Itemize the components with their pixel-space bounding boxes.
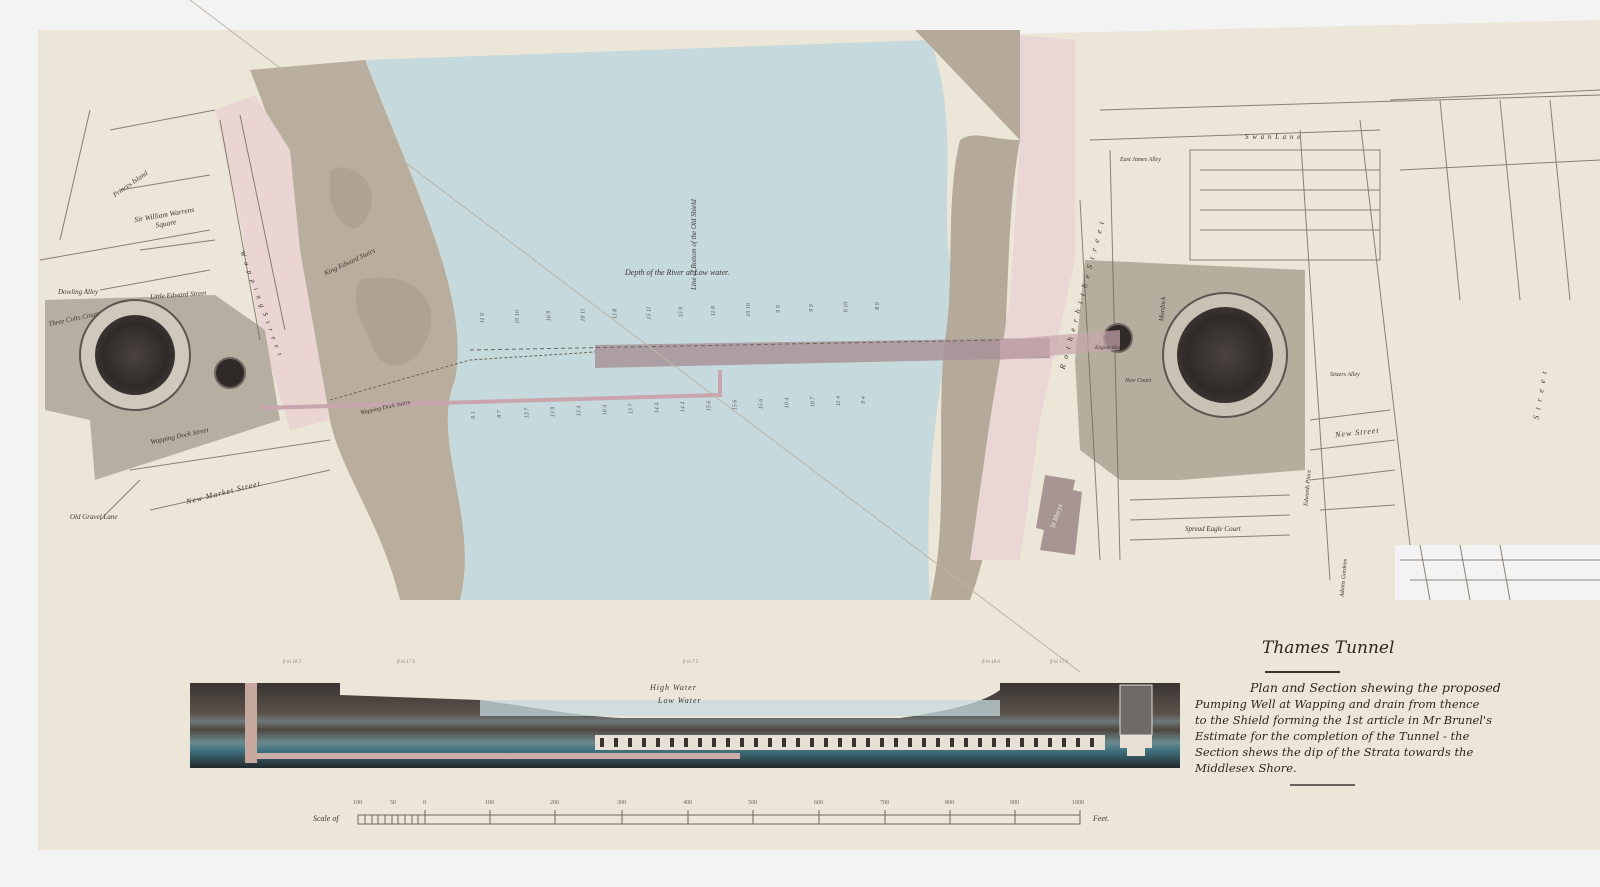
level-mark-3: ft in 7 5	[683, 660, 698, 665]
level-mark-5: ft in 17 6	[1050, 660, 1068, 665]
sounding-upper: 11 9	[480, 313, 486, 323]
label-old-gravel-lane: Old Gravel Lane	[70, 513, 117, 521]
small-shaft-wapping	[215, 358, 245, 388]
scale-tick: 0	[423, 800, 426, 806]
level-mark-4: ft in 18 6	[982, 660, 1000, 665]
sounding-lower: 13 7	[628, 404, 634, 415]
sounding-upper: 10 10	[746, 303, 752, 317]
sounding-upper: 13 8	[612, 309, 618, 320]
sounding-lower: 13 9	[550, 407, 556, 418]
desc-line-6: Middlesex Shore.	[1195, 760, 1555, 776]
sounding-lower: 15 6	[758, 399, 764, 410]
sounding-upper: 18 11	[581, 308, 587, 321]
sounding-upper: 11 8	[711, 306, 717, 316]
drain-section	[250, 753, 740, 759]
level-mark-2: ft in 17 6	[397, 660, 415, 665]
scale-tick: 600	[814, 800, 823, 806]
river-depth-label: Depth of the River at Low water.	[625, 268, 729, 277]
desc-line-3: to the Shield forming the 1st article in…	[1195, 712, 1555, 728]
shaft-section-right	[1120, 685, 1152, 735]
sounding-upper: 8 10	[843, 302, 849, 313]
sounding-lower: 15 6	[706, 401, 712, 412]
sounding-lower: 14 4	[680, 402, 686, 413]
old-shield-label: Line of Bottom of the Old Shield	[690, 199, 698, 290]
label-low-water: Low Water	[658, 696, 702, 705]
desc-line-5: Section shews the dip of the Strata towa…	[1195, 744, 1555, 760]
sounding-lower: 10 4	[784, 398, 790, 409]
scale-tick: 100	[485, 800, 494, 806]
title-heading: Thames Tunnel	[1262, 638, 1394, 658]
scale-label: Scale of	[313, 814, 339, 823]
sounding-lower: 16 4	[602, 405, 608, 416]
level-mark-1: ft in 18 3	[283, 660, 301, 665]
sounding-lower: 15 6	[732, 400, 738, 411]
well-shaft-section	[245, 683, 257, 763]
river-water-section	[480, 700, 1000, 716]
title-description: Plan and Section shewing the proposed Pu…	[1195, 680, 1555, 776]
sounding-upper: 10 10	[515, 310, 521, 324]
scale-tick: 50	[390, 800, 396, 806]
scale-tick: 900	[1010, 800, 1019, 806]
desc-line-4: Estimate for the completion of the Tunne…	[1195, 728, 1555, 744]
label-swan-lane: S w a n L a n e	[1245, 133, 1301, 141]
scale-tick: 1000	[1072, 800, 1084, 806]
sounding-lower: 14 4	[654, 403, 660, 414]
sounding-upper: 8 9	[875, 302, 881, 310]
sounding-lower: 13 7	[524, 408, 530, 419]
label-spread-eagle-court: Spread Eagle Court	[1185, 525, 1241, 533]
label-new-court: New Court	[1125, 378, 1151, 384]
sounding-lower: 9 4	[861, 396, 867, 404]
scale-tick: 800	[945, 800, 954, 806]
label-engine-house: Engine House	[1095, 345, 1126, 351]
sounding-lower: 11 4	[836, 396, 842, 406]
scale-tick: 100	[353, 800, 362, 806]
sounding-upper: 15 9	[678, 307, 684, 318]
sounding-lower: 10 7	[810, 397, 816, 408]
scale-tick: 700	[880, 800, 889, 806]
label-sisters-alley: Sisters Alley	[1330, 372, 1360, 378]
label-east-james-alley: East James Alley	[1120, 157, 1161, 163]
scale-tick: 200	[550, 800, 559, 806]
sounding-lower: 9 1	[471, 411, 477, 419]
scale-tick: 500	[748, 800, 757, 806]
sounding-lower: 13 4	[576, 406, 582, 417]
sounding-upper: 16 9	[546, 311, 552, 322]
sounding-upper: 9 9	[809, 304, 815, 312]
desc-line-1: Plan and Section shewing the proposed	[1195, 680, 1555, 696]
sounding-lower: 8 7	[497, 410, 503, 418]
label-dowling-alley: Dowling Alley	[58, 288, 98, 296]
sounding-upper: 9 9	[776, 305, 782, 313]
desc-line-2: Pumping Well at Wapping and drain from t…	[1195, 696, 1555, 712]
label-high-water: High Water	[650, 683, 697, 692]
scale-unit: Feet.	[1093, 814, 1109, 823]
sounding-upper: 15 11	[647, 306, 653, 319]
scale-tick: 400	[683, 800, 692, 806]
scale-tick: 300	[617, 800, 626, 806]
